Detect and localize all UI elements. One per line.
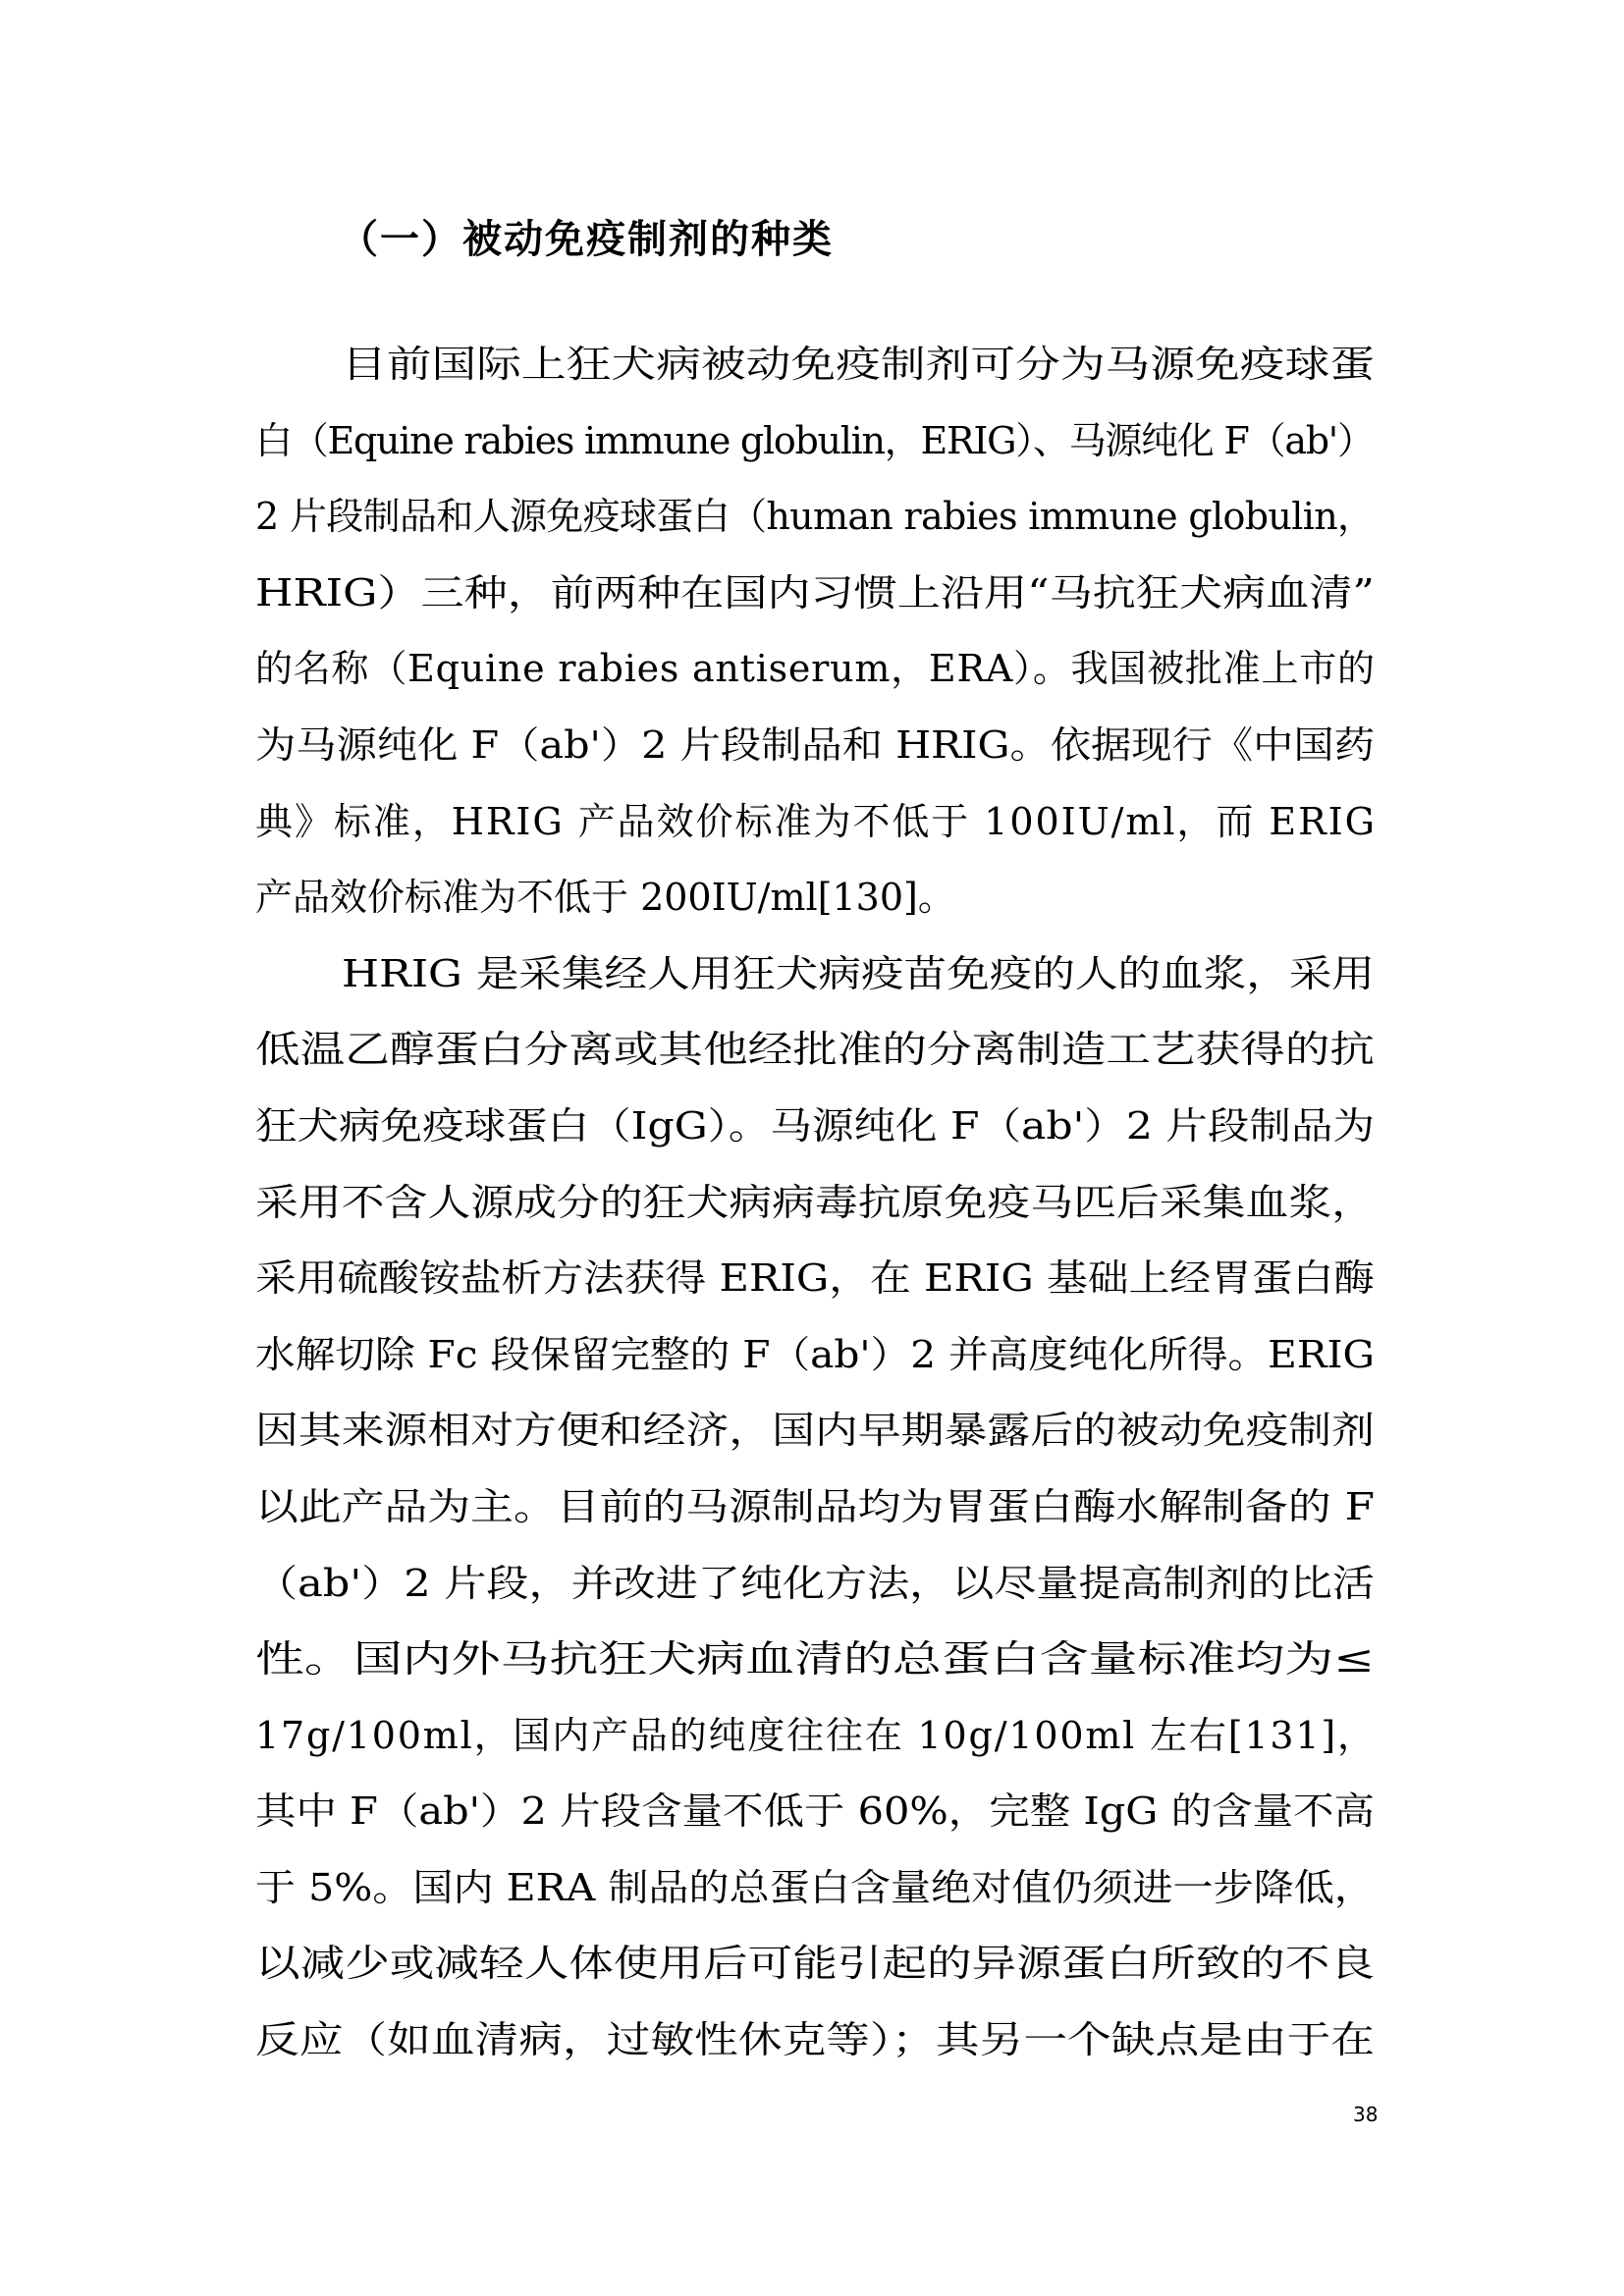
text-line: （ab'）2 片段，并改进了纯化方法，以尽量提高制剂的比活 <box>255 1553 1375 1629</box>
text-line: 产品效价标准为不低于 200IU/ml[130]。 <box>255 867 1375 943</box>
body-text: 目前国际上狂犬病被动免疫制剂可分为马源免疫球蛋 白（Equine rabies … <box>255 334 1375 2086</box>
text-line: 的名称（Equine rabies antiserum，ERA）。我国被批准上市… <box>255 638 1375 715</box>
text-line: 低温乙醇蛋白分离或其他经批准的分离制造工艺获得的抗 <box>255 1019 1375 1095</box>
text-line: 水解切除 Fc 段保留完整的 F（ab'）2 并高度纯化所得。ERIG <box>255 1324 1375 1401</box>
text-line: 以减少或减轻人体使用后可能引起的异源蛋白所致的不良 <box>255 1933 1375 2009</box>
section-heading: （一）被动免疫制剂的种类 <box>339 214 834 265</box>
text-line: 2 片段制品和人源免疫球蛋白（human rabies immune globu… <box>255 486 1375 562</box>
document-page: （一）被动免疫制剂的种类 目前国际上狂犬病被动免疫制剂可分为马源免疫球蛋 白（E… <box>0 0 1624 2296</box>
paragraph-1: 目前国际上狂犬病被动免疫制剂可分为马源免疫球蛋 白（Equine rabies … <box>255 334 1375 943</box>
text-line: 于 5%。国内 ERA 制品的总蛋白含量绝对值仍须进一步降低， <box>255 1857 1375 1934</box>
text-line: 采用硫酸铵盐析方法获得 ERIG，在 ERIG 基础上经胃蛋白酶 <box>255 1248 1375 1324</box>
text-line: 性。国内外马抗狂犬病血清的总蛋白含量标准均为≤ <box>255 1629 1375 1705</box>
text-line: HRIG）三种，前两种在国内习惯上沿用“马抗狂犬病血清” <box>255 562 1375 639</box>
page-number: 38 <box>1353 2103 1378 2126</box>
text-line: 以此产品为主。目前的马源制品均为胃蛋白酶水解制备的 F <box>255 1476 1375 1553</box>
text-line: 目前国际上狂犬病被动免疫制剂可分为马源免疫球蛋 <box>255 334 1375 410</box>
text-line: 狂犬病免疫球蛋白（IgG）。马源纯化 F（ab'）2 片段制品为 <box>255 1095 1375 1172</box>
text-line: 其中 F（ab'）2 片段含量不低于 60%，完整 IgG 的含量不高 <box>255 1781 1375 1857</box>
text-line: 白（Equine rabies immune globulin，ERIG）、马源… <box>255 410 1375 487</box>
text-line: 因其来源相对方便和经济，国内早期暴露后的被动免疫制剂 <box>255 1400 1375 1476</box>
text-line: 采用不含人源成分的狂犬病病毒抗原免疫马匹后采集血浆， <box>255 1172 1375 1249</box>
text-line: 为马源纯化 F（ab'）2 片段制品和 HRIG。依据现行《中国药 <box>255 715 1375 791</box>
text-line: HRIG 是采集经人用狂犬病疫苗免疫的人的血浆，采用 <box>255 943 1375 1020</box>
text-line: 典》标准，HRIG 产品效价标准为不低于 100IU/ml，而 ERIG <box>255 791 1375 868</box>
text-line: 反应（如血清病，过敏性休克等）；其另一个缺点是由于在 <box>255 2009 1375 2086</box>
paragraph-2: HRIG 是采集经人用狂犬病疫苗免疫的人的血浆，采用 低温乙醇蛋白分离或其他经批… <box>255 943 1375 2086</box>
text-line: 17g/100ml，国内产品的纯度往往在 10g/100ml 左右[131]， <box>255 1705 1375 1782</box>
